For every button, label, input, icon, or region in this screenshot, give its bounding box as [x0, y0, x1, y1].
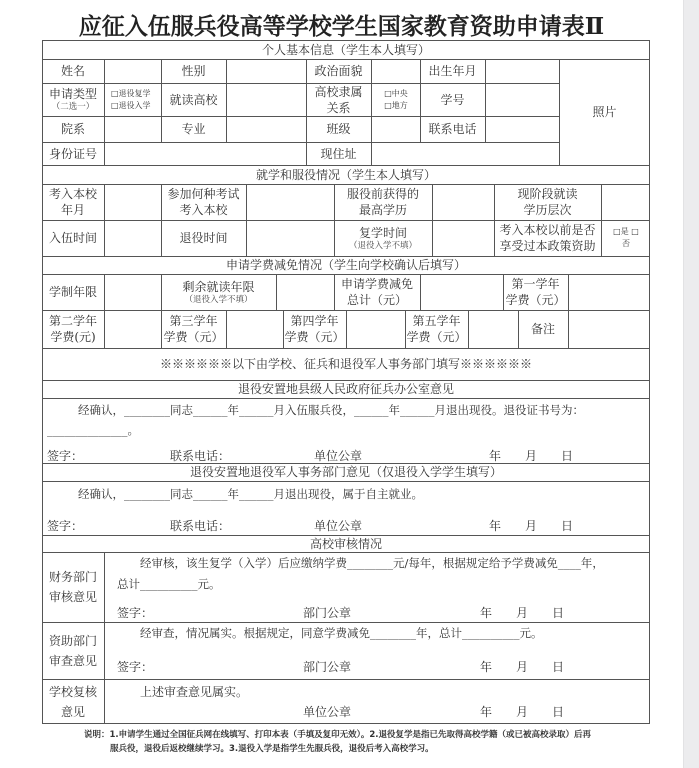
political-label: 政治面貌: [306, 59, 371, 83]
aid-label: 资助部门 审查意见: [42, 622, 104, 679]
veteran-confirm-line: 经确认，________同志______年______月退出现役，属于自主就业。: [78, 486, 423, 502]
edu-before-label: 服役前获得的 最高学历: [334, 184, 432, 220]
name-label: 姓名: [42, 59, 104, 83]
document-page: 应征入伍服兵役高等学校学生国家教育资助申请表Ⅱ: [0, 0, 683, 768]
enroll-date-label-1: 考入本校: [49, 186, 97, 202]
finance-line2: 总计__________元。: [117, 576, 221, 592]
form-title: 应征入伍服兵役高等学校学生国家教育资助申请表Ⅱ: [0, 8, 683, 41]
recheck-label-2: 意见: [61, 704, 85, 720]
school-field[interactable]: [227, 83, 306, 116]
total-label-1: 申请学费减免: [341, 276, 413, 292]
discharge-time-field[interactable]: [247, 220, 334, 256]
recheck-line1: 上述审查意见属实。: [140, 684, 248, 700]
current-level-field[interactable]: [602, 184, 650, 220]
affiliation-label-1: 高校隶属: [314, 84, 362, 100]
year4-label: 第四学年 学费（元）: [283, 310, 346, 348]
recruit-phone: 联系电话：: [170, 448, 230, 464]
year1-label: 第一学年 学费（元）: [503, 274, 568, 310]
recruit-seal: 单位公章: [314, 448, 362, 464]
finance-label-1: 财务部门: [49, 569, 97, 585]
veteran-seal: 单位公章: [314, 518, 362, 534]
year1-label-2: 学费（元）: [505, 292, 565, 308]
address-label: 现住址: [306, 142, 371, 165]
checkbox-prior-aid-no[interactable]: 否: [622, 238, 630, 250]
recruit-confirm-line2: ______________。: [47, 422, 139, 438]
year2-label-1: 第二学年: [49, 313, 97, 329]
finance-seal: 部门公章: [303, 605, 351, 621]
section-header-veteran: 退役安置地退役军人事务部门意见（仅退役入学学生填写）: [42, 463, 650, 481]
remaining-sub: （退役入学不填）: [184, 295, 252, 306]
resume-time-sub: （退役入学不填）: [349, 241, 417, 252]
discharge-time-label: 退役时间: [161, 220, 246, 256]
school-label: 就读高校: [161, 83, 226, 116]
exam-label-2: 考入本校: [179, 202, 227, 218]
year5-label-2: 学费（元）: [406, 329, 466, 345]
birth-label: 出生年月: [420, 59, 485, 83]
finance-date: 年 月 日: [480, 605, 564, 621]
gender-label: 性别: [161, 59, 226, 83]
divider: [42, 622, 650, 623]
veteran-sign: 签字：: [47, 518, 83, 534]
aid-label-2: 审查意见: [49, 653, 97, 669]
year5-label: 第五学年 学费（元）: [405, 310, 468, 348]
apply-type-options: □退役复学 □退役入学: [105, 83, 161, 116]
edu-before-field[interactable]: [433, 184, 494, 220]
address-field[interactable]: [372, 142, 559, 165]
duration-label: 学制年限: [42, 274, 104, 310]
checkbox-local[interactable]: □地方: [384, 100, 408, 112]
aid-sign: 签字：: [117, 659, 153, 675]
viewer-scroll-gutter[interactable]: [683, 0, 699, 768]
student-id-field[interactable]: [486, 83, 559, 116]
exam-field[interactable]: [247, 184, 334, 220]
affiliation-label: 高校隶属 关系: [306, 83, 371, 116]
veteran-phone: 联系电话：: [170, 518, 230, 534]
enroll-date-label-2: 年月: [61, 202, 85, 218]
year3-label: 第三学年 学费（元）: [161, 310, 226, 348]
veteran-date: 年 月 日: [489, 518, 573, 534]
finance-label-2: 审核意见: [49, 589, 97, 605]
apply-type-label-text: 申请类型: [49, 86, 97, 102]
aid-date: 年 月 日: [480, 659, 564, 675]
aid-line1: 经审查，情况属实。根据规定，同意学费减免________年，总计________…: [140, 625, 543, 641]
checkbox-prior-aid-yes[interactable]: □是 □: [613, 226, 639, 238]
divider: [42, 552, 650, 553]
year1-label-1: 第一学年: [511, 276, 559, 292]
divider: [42, 679, 650, 680]
official-use-divider: ※※※※※※以下由学校、征兵和退役军人事务部门填写※※※※※※: [42, 348, 650, 380]
divider: [42, 481, 650, 482]
remaining-label-text: 剩余就读年限: [182, 279, 254, 295]
aid-label-1: 资助部门: [49, 633, 97, 649]
current-level-label-1: 现阶段就读: [517, 186, 577, 202]
recruit-sign: 签字：: [47, 448, 83, 464]
enlist-time-label: 入伍时间: [42, 220, 104, 256]
total-field[interactable]: [421, 274, 503, 310]
recruit-confirm-line1: 经确认，________同志______年______月入伍服兵役，______…: [78, 402, 584, 418]
apply-type-label: 申请类型 （二选一）: [42, 83, 104, 116]
year4-label-1: 第四学年: [290, 313, 338, 329]
aid-seal: 部门公章: [303, 659, 351, 675]
year3-field[interactable]: [227, 310, 283, 348]
prior-aid-label-2: 享受过本政策资助: [499, 238, 595, 254]
enlist-time-field[interactable]: [105, 220, 161, 256]
total-label-2: 总计（元）: [347, 292, 407, 308]
exam-label: 参加何种考试 考入本校: [161, 184, 246, 220]
section-header-study: 就学和服役情况（学生本人填写）: [42, 165, 650, 184]
gender-field[interactable]: [227, 59, 306, 83]
phone-field[interactable]: [486, 116, 559, 142]
prior-aid-label: 考入本校以前是否 享受过本政策资助: [494, 220, 601, 256]
enroll-date-field[interactable]: [105, 184, 161, 220]
apply-type-sub: （二选一）: [52, 102, 95, 113]
resume-time-label: 复学时间 （退役入学不填）: [334, 220, 432, 256]
affiliation-options: □中央 □地方: [372, 83, 420, 116]
section-header-fee: 申请学费减免情况（学生向学校确认后填写）: [42, 256, 650, 274]
finance-line1: 经审核，该生复学（入学）后应缴纳学费________元/每年，根据规定给予学费减…: [140, 555, 604, 571]
class-field[interactable]: [372, 116, 420, 142]
year1-field[interactable]: [569, 274, 650, 310]
notes-line1: 说明：1.申请学生通过全国征兵网在线填写、打印本表（手填及复印无效）。2.退役复…: [84, 728, 591, 742]
remarks-label: 备注: [518, 310, 568, 348]
year4-label-2: 学费（元）: [284, 329, 344, 345]
id-field[interactable]: [105, 142, 306, 165]
class-label: 班级: [306, 116, 371, 142]
id-label: 身份证号: [42, 142, 104, 165]
checkbox-new-enroll[interactable]: □退役入学: [111, 100, 151, 112]
resume-time-label-text: 复学时间: [359, 225, 407, 241]
year5-label-1: 第五学年: [412, 313, 460, 329]
notes-line2: 服兵役，退役后返校继续学习。3.退役入学是指学生先服兵役，退役后考入高校学习。: [110, 742, 434, 756]
section-header-review: 高校审核情况: [42, 535, 650, 552]
remarks-field[interactable]: [569, 310, 650, 348]
recheck-date: 年 月 日: [480, 704, 564, 720]
remaining-label: 剩余就读年限 （退役入学不填）: [161, 274, 276, 310]
divider: [104, 552, 105, 724]
exam-label-1: 参加何种考试: [167, 186, 239, 202]
recruit-date: 年 月 日: [489, 448, 573, 464]
year3-label-2: 学费（元）: [163, 329, 223, 345]
phone-label: 联系电话: [420, 116, 485, 142]
dept-label: 院系: [42, 116, 104, 142]
birth-field[interactable]: [486, 59, 559, 83]
major-label: 专业: [161, 116, 226, 142]
year2-field[interactable]: [105, 310, 161, 348]
student-id-label: 学号: [420, 83, 485, 116]
dept-field[interactable]: [105, 116, 161, 142]
remaining-field[interactable]: [277, 274, 334, 310]
enroll-date-label: 考入本校 年月: [42, 184, 104, 220]
total-label: 申请学费减免 总计（元）: [334, 274, 420, 310]
year2-label-2: 学费(元): [50, 329, 95, 345]
finance-label: 财务部门 审核意见: [42, 552, 104, 622]
year4-field[interactable]: [347, 310, 405, 348]
affiliation-label-2: 关系: [326, 100, 350, 116]
prior-aid-label-1: 考入本校以前是否: [499, 222, 595, 238]
year5-field[interactable]: [469, 310, 518, 348]
recheck-label: 学校复核 意见: [42, 679, 104, 724]
duration-field[interactable]: [105, 274, 161, 310]
political-field[interactable]: [372, 59, 420, 83]
checkbox-resume-study[interactable]: □退役复学: [111, 88, 151, 100]
section-header-personal: 个人基本信息（学生本人填写）: [42, 40, 650, 59]
edu-before-label-2: 最高学历: [359, 202, 407, 218]
major-field[interactable]: [227, 116, 306, 142]
photo-box: 照片: [559, 59, 650, 165]
finance-sign: 签字：: [117, 605, 153, 621]
checkbox-central[interactable]: □中央: [384, 88, 408, 100]
edu-before-label-1: 服役前获得的: [347, 186, 419, 202]
prior-aid-options: □是 □ 否: [602, 220, 650, 256]
resume-time-field[interactable]: [433, 220, 494, 256]
recheck-seal: 单位公章: [303, 704, 351, 720]
year2-label: 第二学年 学费(元): [42, 310, 104, 348]
current-level-label-2: 学历层次: [523, 202, 571, 218]
recheck-label-1: 学校复核: [49, 684, 97, 700]
section-header-recruit: 退役安置地县级人民政府征兵办公室意见: [42, 380, 650, 398]
divider: [42, 398, 650, 399]
current-level-label: 现阶段就读 学历层次: [494, 184, 601, 220]
year3-label-1: 第三学年: [169, 313, 217, 329]
name-field[interactable]: [105, 59, 161, 83]
